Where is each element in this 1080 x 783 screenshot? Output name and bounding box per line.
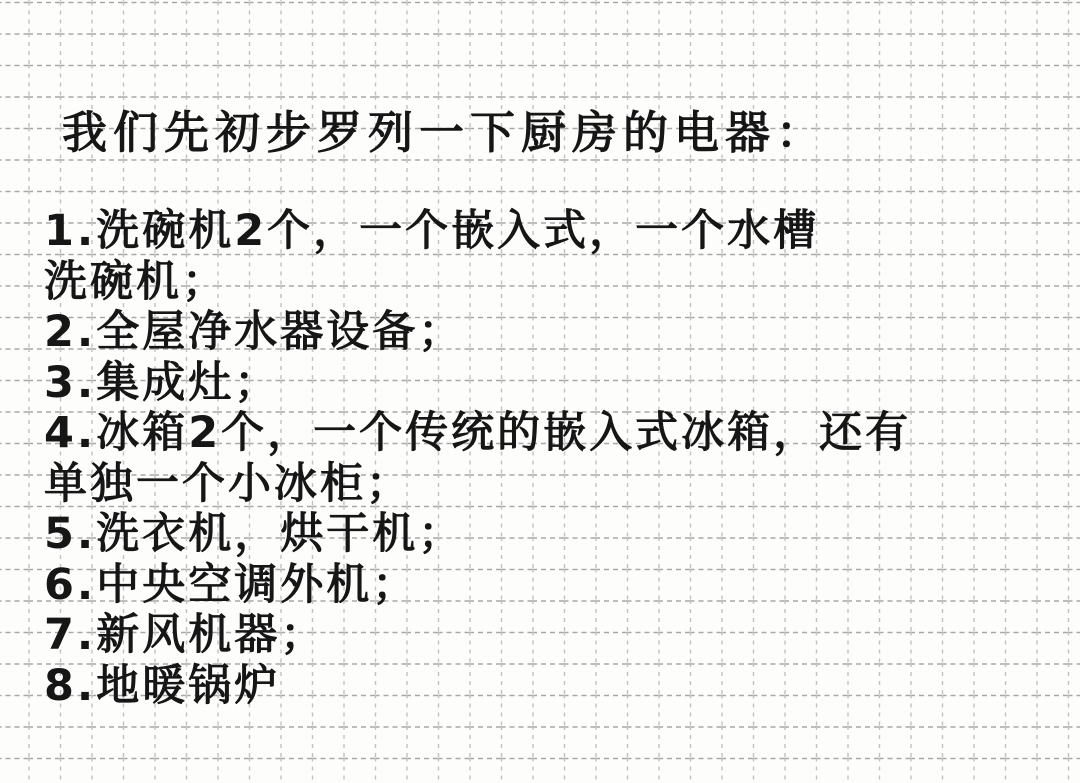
note-content: 我们先初步罗列一下厨房的电器： 1.洗碗机2个，一个嵌入式，一个水槽 洗碗机； … — [44, 104, 1060, 711]
note-line: 4.冰箱2个，一个传统的嵌入式冰箱，还有 — [44, 408, 1060, 459]
note-body: 1.洗碗机2个，一个嵌入式，一个水槽 洗碗机； 2.全屋净水器设备； 3.集成灶… — [44, 206, 1060, 711]
note-line: 6.中央空调外机； — [44, 560, 1060, 611]
note-title: 我们先初步罗列一下厨房的电器： — [62, 104, 1060, 162]
note-line: 7.新风机器； — [44, 610, 1060, 661]
note-line: 8.地暖锅炉 — [44, 661, 1060, 712]
note-line: 1.洗碗机2个，一个嵌入式，一个水槽 — [44, 206, 1060, 257]
note-line: 洗碗机； — [44, 257, 1060, 308]
note-line: 2.全屋净水器设备； — [44, 307, 1060, 358]
note-page: 我们先初步罗列一下厨房的电器： 1.洗碗机2个，一个嵌入式，一个水槽 洗碗机； … — [0, 0, 1080, 783]
note-line: 3.集成灶； — [44, 358, 1060, 409]
note-line: 5.洗衣机，烘干机； — [44, 509, 1060, 560]
note-line: 单独一个小冰柜； — [44, 459, 1060, 510]
